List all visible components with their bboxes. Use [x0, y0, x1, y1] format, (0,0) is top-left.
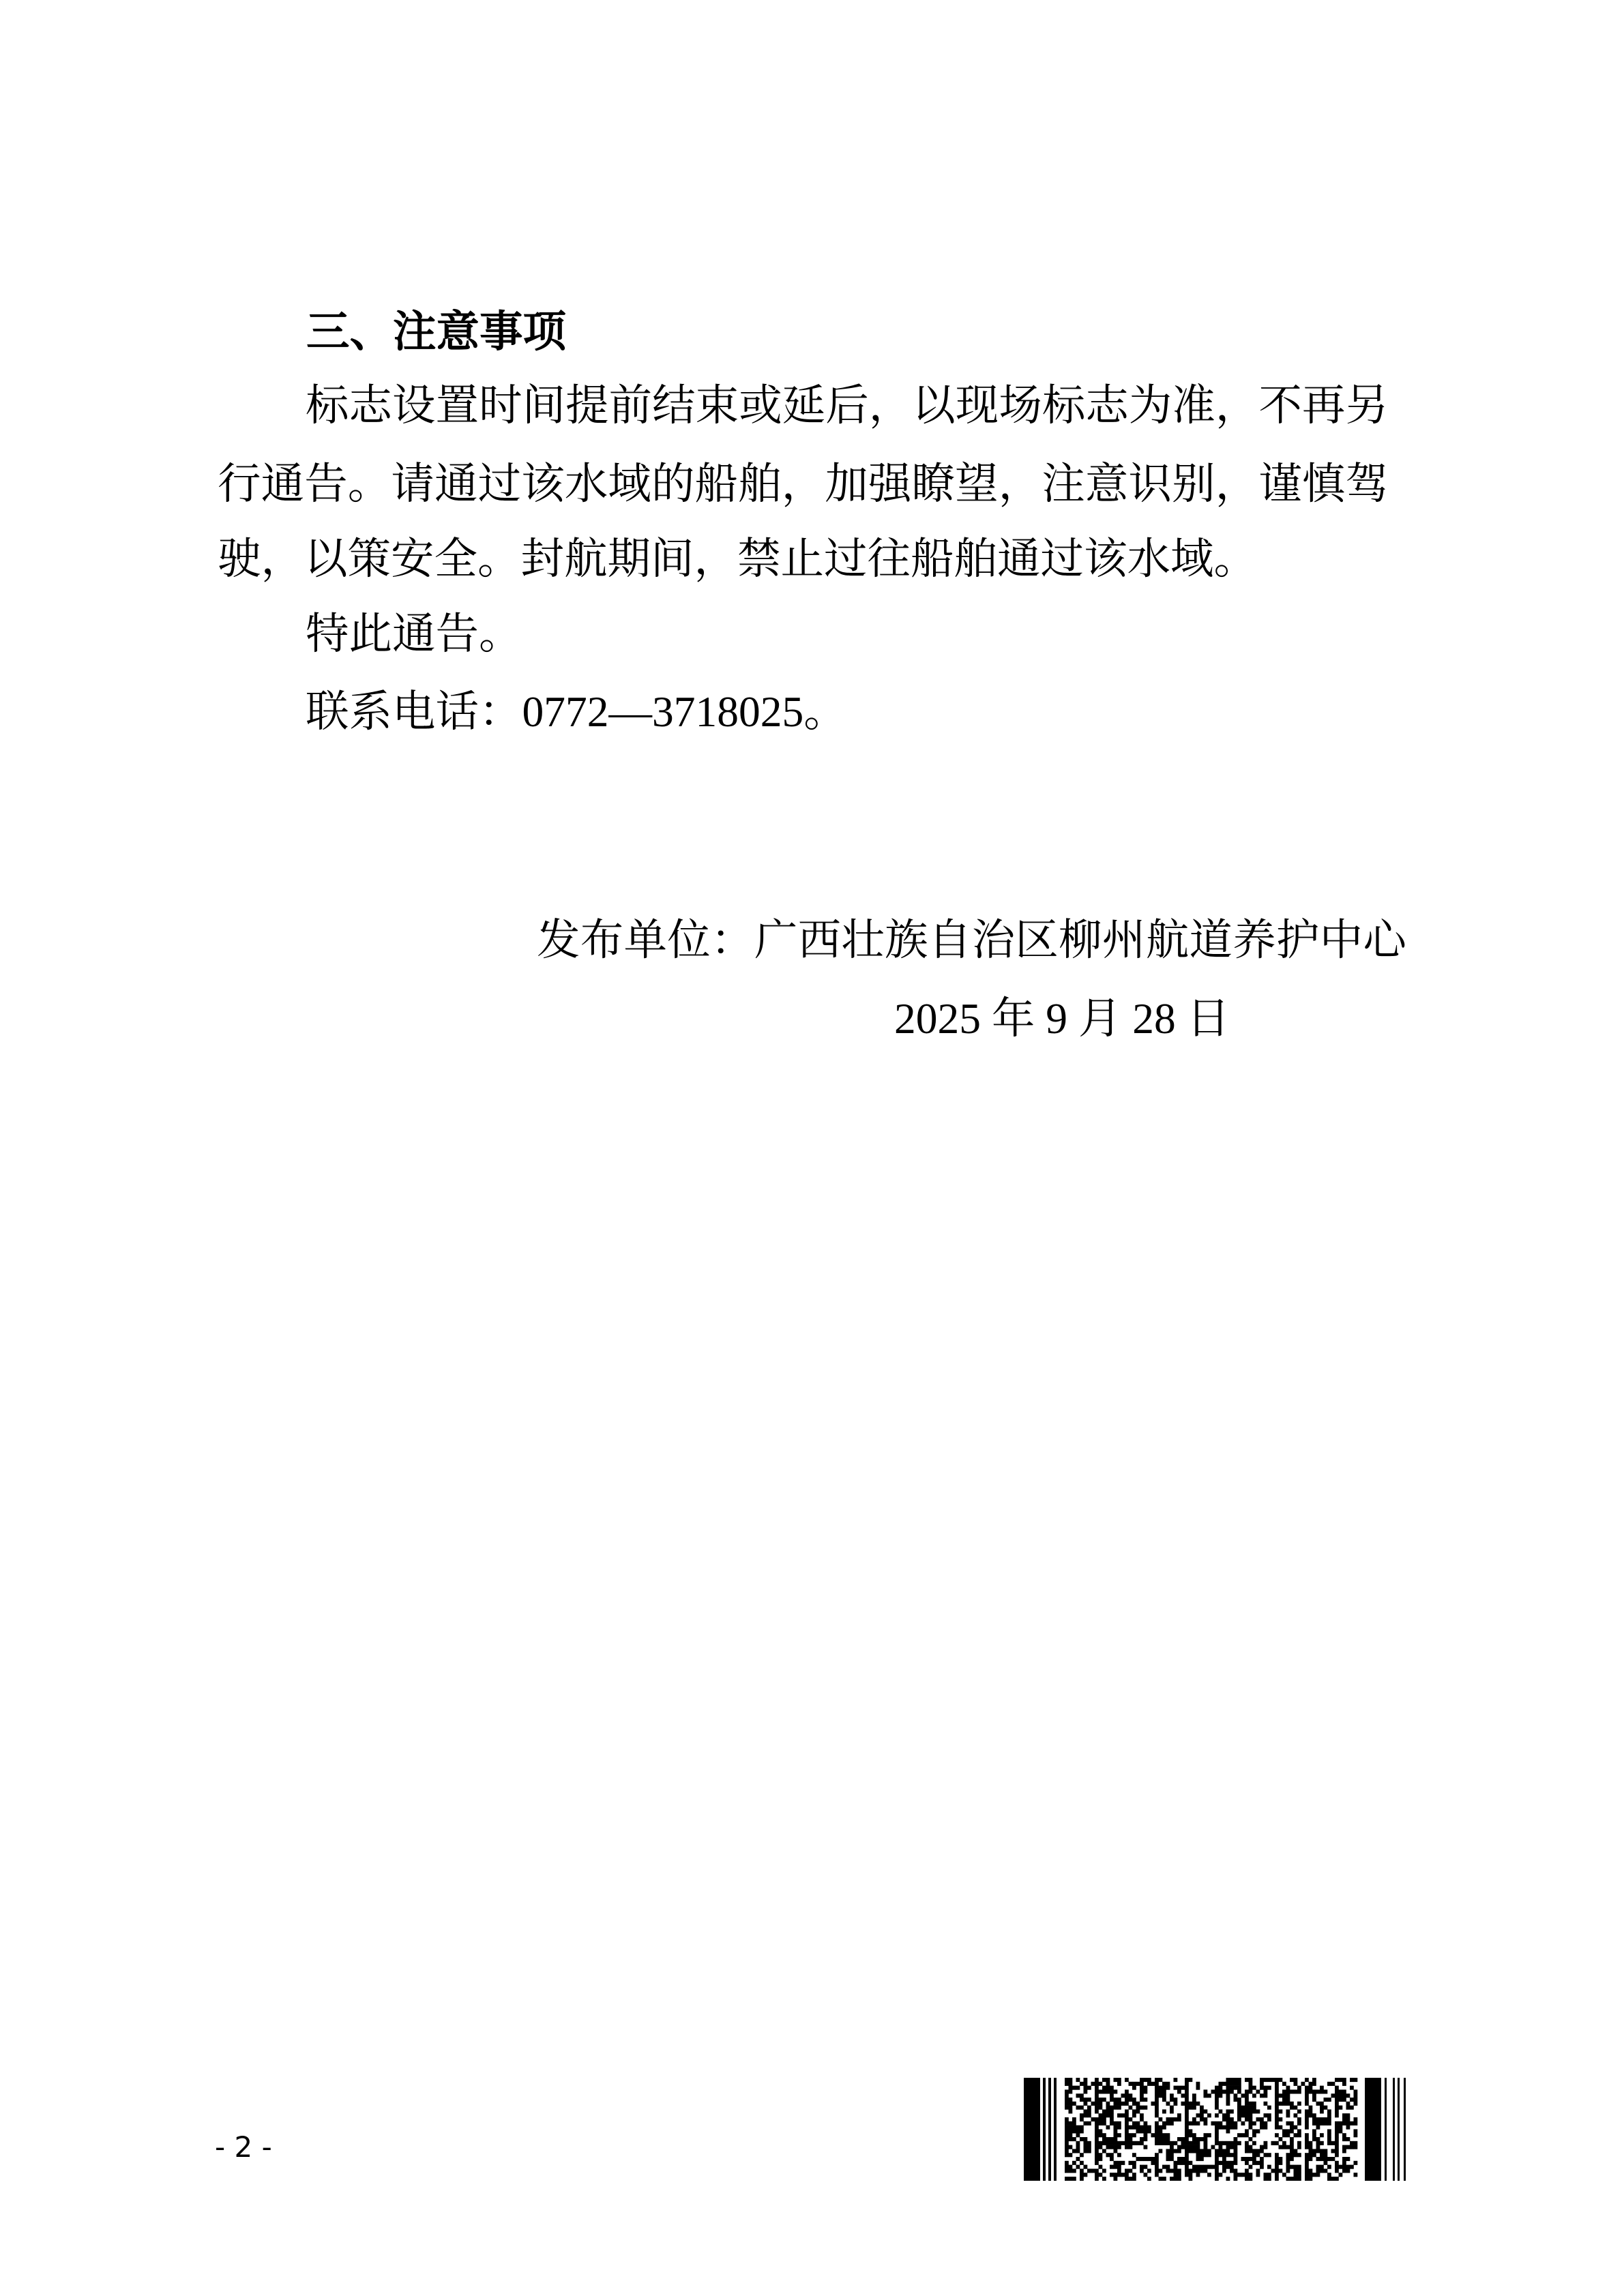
closing-statement: 特此通告。 — [306, 612, 522, 656]
paragraph-line-3: 驶，以策安全。封航期间，禁止过往船舶通过该水域。 — [218, 537, 1257, 581]
contact-label: 联系电话： — [306, 686, 522, 736]
contact-phone-number: 0772—3718025 — [522, 687, 804, 736]
section-heading: 三、注意事项 — [306, 310, 566, 354]
date-day: 28 — [1132, 994, 1176, 1043]
issuing-organization: 广西壮族自治区柳州航道养护中心 — [754, 914, 1406, 965]
paragraph-line-1: 标志设置时间提前结束或延后，以现场标志为准，不再另 — [306, 384, 1389, 428]
document-page: 三、注意事项 标志设置时间提前结束或延后，以现场标志为准，不再另 行通告。请通过… — [0, 0, 1624, 2296]
pdf417-barcode-icon — [1024, 2078, 1413, 2181]
issue-date: 2025 年 9 月 28 日 — [894, 997, 1230, 1041]
page-number: - 2 - — [215, 2133, 272, 2162]
contact-suffix: 。 — [803, 686, 847, 736]
signature-line: 发布单位：广西壮族自治区柳州航道养护中心 — [537, 919, 1406, 962]
date-month-unit: 月 — [1078, 994, 1122, 1043]
date-year: 2025 — [894, 994, 981, 1043]
date-year-unit: 年 — [992, 994, 1035, 1043]
signature-label: 发布单位： — [537, 914, 754, 965]
contact-line: 联系电话：0772—3718025。 — [306, 690, 847, 734]
paragraph-line-2: 行通告。请通过该水域的船舶，加强瞭望，注意识别，谨慎驾 — [218, 462, 1389, 506]
date-month: 9 — [1046, 994, 1067, 1043]
date-day-unit: 日 — [1187, 994, 1230, 1043]
